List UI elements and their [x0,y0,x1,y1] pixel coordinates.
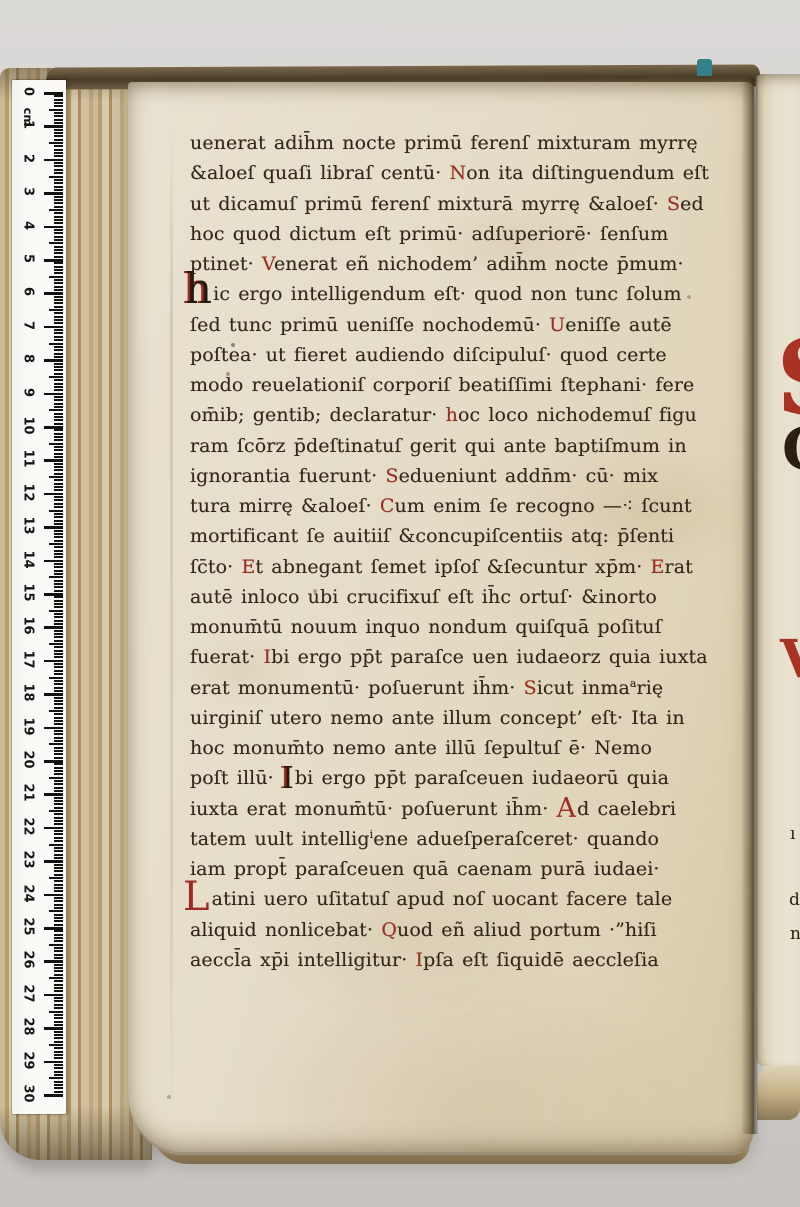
ruler-number-23: 23 [21,849,36,871]
ruler-tick [54,206,63,208]
ruler-tick [44,660,63,663]
manuscript-line-7: ſed tunc primū ueniſſe nochodemū· Ueniſſ… [190,310,742,340]
ruler-tick [54,737,63,739]
ruler-tick [54,102,63,104]
manuscript-line-5: ptinet· Venerat eñ nichodem’ adih̄m noct… [190,249,742,279]
ruler-tick [44,526,63,529]
ruler-tick [54,790,63,792]
ruler-number-4: 4 [21,214,36,236]
ink-segment: on ita diſtinguendum eſt [466,162,709,184]
ruler-tick [54,583,63,585]
ruler-tick [54,272,63,274]
manuscript-line-19: erat monumentū· poſuerunt ih̄m· Sicut in… [190,673,742,703]
ruler-tick [54,513,63,515]
ruler-tick [54,486,63,488]
ruler-tick [49,409,63,411]
ruler-tick [49,944,63,946]
ruler-tick [54,1071,63,1073]
ruler-tick [54,1024,63,1026]
ruler-tick [54,847,63,849]
rubric-segment: Q [381,919,397,941]
ruler-tick [54,603,63,605]
ruler-tick [54,95,63,97]
ruler-tick [44,827,63,830]
ruler-tick [54,984,63,986]
ruler-tick [54,813,63,815]
ruler-tick [54,419,63,421]
manuscript-line-15: ſc̄to· Et abnegant ſemet ipſoſ &ſecuntur… [190,552,742,582]
ruler-tick [54,383,63,385]
ruler-tick [54,870,63,872]
ruler-tick [54,620,63,622]
ruler-tick [54,1021,63,1023]
ruler-tick [49,643,63,645]
ink-segment: ſc̄to· [190,556,241,578]
ink-segment: aeccl̄a xp̄i intelligitur· [190,949,416,971]
ruler-tick [54,439,63,441]
ruler-tick [54,1041,63,1043]
ruler-tick [54,700,63,702]
ruler-tick [54,1000,63,1002]
ruler-tick [44,626,63,629]
ruler-tick [54,423,63,425]
ruler-tick [54,930,63,932]
ruler-tick [44,994,63,997]
ruler-tick [49,977,63,979]
ruler-tick [54,399,63,401]
ink-segment: modo reuelationiſ corporiſ beatiſſimi ſt… [190,374,694,396]
ruler-tick [49,910,63,912]
ruler-tick [54,616,63,618]
ruler-tick [54,546,63,548]
ruler-tick [54,857,63,859]
ruler-tick [54,1004,63,1006]
manuscript-line-12: ignorantia fuerunt· Sedueniunt addn̄m· c… [190,461,742,491]
ink-segment: rat [665,556,693,578]
ruler-number-27: 27 [21,982,36,1004]
manuscript-line-3: ut dicamuſ primū ferenſ mixturā myrrę &a… [190,189,742,219]
ruler-tick [54,997,63,999]
ruler-tick [44,92,63,95]
ruler-tick [54,750,63,752]
ruler-tick [54,757,63,759]
ruler-tick [54,917,63,919]
ruler-tick [54,606,63,608]
ruler-tick [54,837,63,839]
ruler-number-12: 12 [21,481,36,503]
ruler-number-30: 30 [21,1083,36,1105]
ruler-tick [54,1074,63,1076]
bookmark-tab [697,59,712,76]
ruler-number-20: 20 [21,749,36,771]
ruler-tick [54,974,63,976]
ruler-tick [54,520,63,522]
ruler-tick [54,262,63,264]
ink-segment: rię [637,677,664,699]
ruler-tick [54,553,63,555]
ruler-tick [54,947,63,949]
ruler-tick [49,877,63,879]
ruler-tick [44,259,63,262]
ruler-tick [54,630,63,632]
ruler-tick [54,145,63,147]
ruler-number-1: 1 [21,114,36,136]
ruler-number-11: 11 [21,448,36,470]
facing-text-fragment: ı [790,826,795,843]
ruler-number-10: 10 [21,415,36,437]
ruler-tick [49,710,63,712]
manuscript-photo: uenerat adih̄m nocte primū ferenſ mixtur… [0,0,800,1207]
ruler-tick [54,369,63,371]
ruler-tick [54,890,63,892]
ink-segment: d caelebri [577,798,676,820]
ruler-tick [54,222,63,224]
ruler-tick [54,950,63,952]
ruler-tick [54,329,63,331]
ruler-tick [54,1017,63,1019]
ruler-tick [54,179,63,181]
ruler-tick [54,987,63,989]
gutter-fold [741,78,758,1134]
facing-initial-v-fragment: V [780,634,800,686]
ruler-tick [54,403,63,405]
ruler-tick [49,610,63,612]
ruler-tick [54,807,63,809]
ruler-number-0: 0 [21,81,36,103]
ruler-tick [54,252,63,254]
ruler-tick [54,687,63,689]
ruler-tick [54,289,63,291]
ruler-tick [54,152,63,154]
ruler-tick [54,466,63,468]
ruler-tick [54,446,63,448]
ruler-tick [54,907,63,909]
ruler-tick [54,189,63,191]
rubric-segment: U [549,314,565,336]
ruler-tick [54,162,63,164]
manuscript-line-28: aeccl̄a xp̄i intelligitur· Ipſa eſt ſiqu… [190,945,742,975]
ruler-tick [54,135,63,137]
ruler-tick [54,990,63,992]
rubric-segment: N [450,162,467,184]
ruler-tick [49,376,63,378]
ruler-tick [44,1094,63,1097]
ink-segment: eniſſe autē [565,314,671,336]
ink-segment: autē inloco ubi crucifixuſ eſt ih̄c ortu… [190,586,657,608]
ruler-tick [54,586,63,588]
ink-segment: bi ergo pp̄t paraſceuen iudaeorū quia [295,767,669,789]
ruler-tick [44,760,63,763]
ink-segment: ed [680,193,704,215]
ruler-tick [54,563,63,565]
ruler-tick [54,830,63,832]
ruler-tick [54,199,63,201]
ruler-tick [49,242,63,244]
ruler-tick [54,469,63,471]
ruler-tick [54,656,63,658]
ruler-tick [54,970,63,972]
ink-segment: uenerat adih̄m nocte primū ferenſ mixtur… [190,132,698,154]
facing-initial-c-fragment: C [782,420,800,478]
ruler-number-28: 28 [21,1016,36,1038]
ruler-tick [44,793,63,796]
ruler-tick [54,850,63,852]
ruler-tick [49,443,63,445]
ink-segment: fuerat· [190,646,263,668]
ruler-tick [54,780,63,782]
ink-segment: iuxta erat monum̄tū· poſuerunt ih̄m· [190,798,557,820]
ink-segment: oc loco nichodemuſ figu [458,404,697,426]
rubric-segment: h [446,404,458,426]
ruler-tick [49,677,63,679]
rubric-segment: L [183,874,210,920]
ruler-tick [54,119,63,121]
rubric-segment: I [282,761,294,796]
ink-segment: om̄ib; gentib; declaratur· [190,404,446,426]
ink-segment: poſt illū· [190,767,282,789]
ruler-tick [44,1061,63,1064]
ruler-tick [54,182,63,184]
ruler-tick [54,663,63,665]
ruler-tick [54,717,63,719]
ruler-tick [44,927,63,930]
manuscript-line-20: uirginiſ utero nemo ante illum concept’ … [190,703,742,733]
ruler-tick [54,900,63,902]
ruler-tick [54,196,63,198]
ink-segment: atini uero uſitatuſ apud noſ uocant face… [212,888,673,910]
ruler-tick [44,192,63,195]
ruler-tick [54,763,63,765]
rubric-segment: S [524,677,537,699]
ink-segment: iam propt̄ paraſceuen quā caenam purā iu… [190,858,660,880]
ruler-tick [54,854,63,856]
ink-segment: enerat eñ nichodem’ adih̄m nocte p̄mum· [274,253,684,275]
ruler-tick [54,1064,63,1066]
rubric-segment: E [241,556,255,578]
ruler-tick [49,743,63,745]
ruler-number-13: 13 [21,515,36,537]
ruler-tick [54,149,63,151]
ruler-tick [54,499,63,501]
rubric-segment: V [262,253,274,275]
rubric-segment: S [385,465,398,487]
ruler-tick [54,1034,63,1036]
ruler-tick [54,516,63,518]
ruler-tick [54,463,63,465]
ruler-number-16: 16 [21,615,36,637]
ruler-number-22: 22 [21,815,36,837]
ruler-number-19: 19 [21,715,36,737]
ruler-tick [54,506,63,508]
ruler-number-29: 29 [21,1049,36,1071]
ruler-tick [54,747,63,749]
ruler-tick [44,292,63,295]
ruler-tick [54,817,63,819]
ruler-tick [54,713,63,715]
ruler-tick [54,1014,63,1016]
ruler-number-21: 21 [21,782,36,804]
ink-segment: bi ergo pp̄t paraſce uen iudaeorz quia i… [271,646,708,668]
ruler-number-9: 9 [21,381,36,403]
ruler-tick [54,386,63,388]
ruler-tick [54,1081,63,1083]
ruler-tick [54,540,63,542]
ruler-tick [54,356,63,358]
ruler-tick [49,142,63,144]
ruler-tick [44,159,63,162]
ruler-number-3: 3 [21,181,36,203]
parchment-specks [128,82,130,84]
ruler-tick [44,1027,63,1030]
ruler-tick [54,296,63,298]
ruler-number-17: 17 [21,648,36,670]
ink-segment: tura mirrę &aloeſ· [190,495,380,517]
manuscript-line-14: mortificant ſe auitiiſ &concupiſcentiis … [190,521,742,551]
text-block: uenerat adih̄m nocte primū ferenſ mixtur… [190,128,742,975]
ruler-tick [54,115,63,117]
ruler-tick [54,840,63,842]
ruler-tick [54,1007,63,1009]
ruler-tick [54,964,63,966]
ruler-tick [54,503,63,505]
ruler-tick [54,783,63,785]
ruler-tick [54,379,63,381]
ruler-tick [54,396,63,398]
manuscript-line-26: Latini uero uſitatuſ apud noſ uocant fac… [190,884,742,914]
ruler-tick [54,99,63,101]
ruler-tick [54,536,63,538]
ruler-tick [54,680,63,682]
ruler-tick [54,967,63,969]
ruler-tick [54,269,63,271]
ruler-tick [54,299,63,301]
ruler-tick [54,550,63,552]
ruler-tick [54,332,63,334]
ruler-tick [54,473,63,475]
ruler-tick [54,613,63,615]
manuscript-line-18: fuerat· Ibi ergo pp̄t paraſce uen iudaeo… [190,642,742,672]
ruler-tick [54,650,63,652]
ink-segment: icut inma [537,677,630,699]
rubric-segment: a [630,677,637,690]
ink-segment: um enim ſe recogno —⁖ ſcunt [395,495,692,517]
ruler-tick [54,980,63,982]
ruler-tick [54,1047,63,1049]
manuscript-line-25: iam propt̄ paraſceuen quā caenam purā iu… [190,854,742,884]
ruler-tick [54,416,63,418]
ruler-tick [54,282,63,284]
ruler-tick [54,286,63,288]
ruler-tick [54,767,63,769]
ruler-tick [54,316,63,318]
ruler-tick [44,693,63,696]
ruler-tick [54,389,63,391]
ruler-tick [54,339,63,341]
ruler-tick [54,202,63,204]
ruler-tick [54,363,63,365]
ruler-tick [49,1044,63,1046]
ruler-tick [49,510,63,512]
ruler-tick [54,122,63,124]
ruler-tick [54,666,63,668]
rubric-segment: E [651,556,665,578]
ruler-tick [54,673,63,675]
ruler-tick [54,322,63,324]
facing-text-fragment: n [790,926,800,943]
ruler-tick [54,573,63,575]
ruler-tick [54,112,63,114]
ruler-tick [54,797,63,799]
ruler-tick [54,884,63,886]
ruler-tick [54,139,63,141]
ink-segment: &aloeſ quaſi libraſ centū· [190,162,450,184]
ink-segment: erat monumentū· poſuerunt ih̄m· [190,677,524,699]
ruler-tick [54,413,63,415]
ink-segment: ut dicamuſ primū ferenſ mixturā myrrę &a… [190,193,667,215]
ruler-tick [54,1084,63,1086]
facing-page-sliver: S C V ı d n [756,74,800,1066]
ruler-tick [49,209,63,211]
ruler-tick [49,844,63,846]
ruler-tick [54,456,63,458]
ruler-tick [54,132,63,134]
ink-segment: ram ſcōrz p̄deſtinatuſ gerit qui ante ba… [190,435,687,457]
ruler-tick [54,833,63,835]
ruler-tick [44,226,63,229]
ruler-tick [54,256,63,258]
ruler-tick [54,957,63,959]
ruler-tick [54,940,63,942]
ruler-number-25: 25 [21,916,36,938]
ruler-tick [54,530,63,532]
ink-segment: hoc monum̄to nemo ante illū ſepultuſ ē· … [190,737,652,759]
ruler-tick [54,820,63,822]
ruler-tick [54,646,63,648]
ruler-tick [54,239,63,241]
ruler-tick [54,302,63,304]
ruler-tick [54,489,63,491]
ink-segment: tatem uult intellig [190,828,370,850]
ruler-tick [49,343,63,345]
ruler-tick [54,1054,63,1056]
ruler-tick [54,523,63,525]
ruler: cm 0123456789101112131415161718192021222… [12,80,66,1114]
rubric-segment: S [667,193,680,215]
rubric-segment: A [557,793,577,824]
ink-segment: hoc quod dictum eſt primū· adſuperiorē· … [190,223,668,245]
ink-segment: aliquid nonlicebat· [190,919,381,941]
ruler-tick [54,1057,63,1059]
ruler-tick [54,453,63,455]
ruler-tick [54,934,63,936]
manuscript-line-17: monum̄tū nouum inquo nondum quiſquā poſi… [190,612,742,642]
ruler-tick [54,533,63,535]
ruler-tick [54,580,63,582]
ruler-tick [44,426,63,429]
ruler-tick [49,476,63,478]
ruler-tick [54,773,63,775]
ruler-tick [44,593,63,596]
manuscript-line-10: om̄ib; gentib; declaratur· hoc loco nich… [190,400,742,430]
manuscript-line-6: hic ergo intelligendum eſt· quod non tun… [190,279,742,309]
rubric-segment: I [416,949,424,971]
ruler-tick [54,105,63,107]
manuscript-line-11: ram ſcōrz p̄deſtinatuſ gerit qui ante ba… [190,431,742,461]
ruler-tick [49,1011,63,1013]
ruler-tick [44,894,63,897]
ruler-tick [54,266,63,268]
ruler-tick [44,493,63,496]
